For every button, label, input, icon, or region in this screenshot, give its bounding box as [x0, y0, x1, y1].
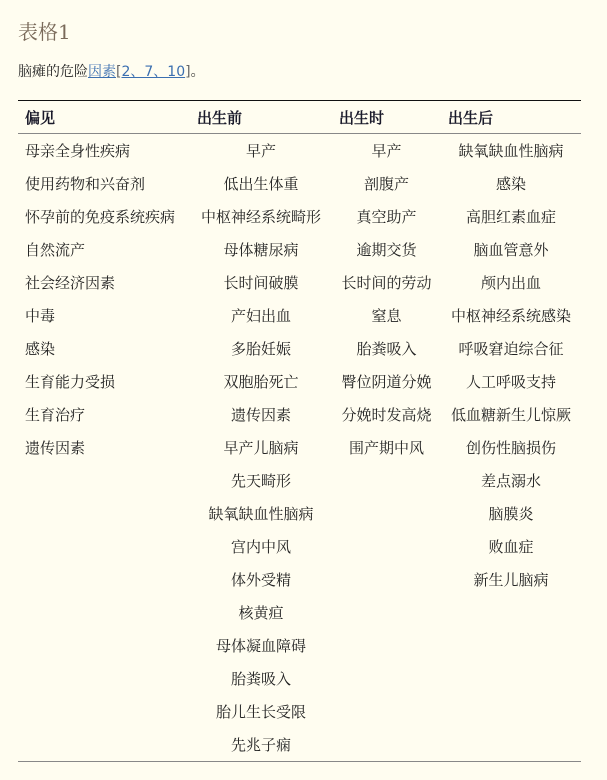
postnatal-cell: 低血糖新生儿惊厥: [441, 398, 581, 431]
bias-cell: 母亲全身性疾病: [18, 134, 190, 168]
perinatal-cell: 早产: [332, 134, 441, 168]
postnatal-cell: [441, 629, 581, 662]
bias-cell: [18, 464, 190, 497]
perinatal-cell: [332, 464, 441, 497]
table-body: 母亲全身性疾病早产早产缺氧缺血性脑病使用药物和兴奋剂低出生体重剖腹产感染怀孕前的…: [18, 134, 581, 762]
bias-cell: 感染: [18, 332, 190, 365]
table-row: 使用药物和兴奋剂低出生体重剖腹产感染: [18, 167, 581, 200]
prenatal-cell: 母体糖尿病: [190, 233, 332, 266]
postnatal-cell: 高胆红素血症: [441, 200, 581, 233]
perinatal-cell: [332, 695, 441, 728]
bias-cell: 自然流产: [18, 233, 190, 266]
prenatal-cell: 产妇出血: [190, 299, 332, 332]
perinatal-cell: [332, 563, 441, 596]
perinatal-cell: 臀位阴道分娩: [332, 365, 441, 398]
perinatal-cell: 胎粪吸入: [332, 332, 441, 365]
perinatal-cell: 分娩时发高烧: [332, 398, 441, 431]
postnatal-cell: [441, 662, 581, 695]
table-row: 胎粪吸入: [18, 662, 581, 695]
header-postnatal: 出生后: [441, 101, 581, 134]
table-row: 社会经济因素长时间破膜长时间的劳动颅内出血: [18, 266, 581, 299]
table-row: 自然流产母体糖尿病逾期交货脑血管意外: [18, 233, 581, 266]
prenatal-cell: 长时间破膜: [190, 266, 332, 299]
table-row: 母亲全身性疾病早产早产缺氧缺血性脑病: [18, 134, 581, 168]
table-row: 先天畸形差点溺水: [18, 464, 581, 497]
perinatal-cell: [332, 629, 441, 662]
perinatal-cell: [332, 530, 441, 563]
prenatal-cell: 遗传因素: [190, 398, 332, 431]
header-perinatal: 出生时: [332, 101, 441, 134]
table-row: 中毒产妇出血窒息中枢神经系统感染: [18, 299, 581, 332]
postnatal-cell: 人工呼吸支持: [441, 365, 581, 398]
bias-cell: 遗传因素: [18, 431, 190, 464]
postnatal-cell: 感染: [441, 167, 581, 200]
prenatal-cell: 胎儿生长受限: [190, 695, 332, 728]
table-row: 先兆子痫: [18, 728, 581, 762]
bias-cell: [18, 497, 190, 530]
table-caption: 脑瘫的危险因素[2、7、10]。: [18, 62, 205, 82]
postnatal-cell: 脑血管意外: [441, 233, 581, 266]
table-row: 体外受精新生儿脑病: [18, 563, 581, 596]
postnatal-cell: [441, 695, 581, 728]
bias-cell: 生育治疗: [18, 398, 190, 431]
prenatal-cell: 多胎妊娠: [190, 332, 332, 365]
perinatal-cell: [332, 497, 441, 530]
bias-cell: [18, 596, 190, 629]
perinatal-cell: 剖腹产: [332, 167, 441, 200]
table-header-row: 偏见 出生前 出生时 出生后: [18, 101, 581, 134]
caption-prefix: 脑瘫的危险: [18, 64, 88, 80]
perinatal-cell: [332, 728, 441, 762]
perinatal-cell: [332, 596, 441, 629]
bias-cell: [18, 695, 190, 728]
prenatal-cell: 核黄疸: [190, 596, 332, 629]
table-row: 母体凝血障碍: [18, 629, 581, 662]
postnatal-cell: 颅内出血: [441, 266, 581, 299]
prenatal-cell: 早产儿脑病: [190, 431, 332, 464]
table-row: 感染多胎妊娠胎粪吸入呼吸窘迫综合征: [18, 332, 581, 365]
bias-cell: 使用药物和兴奋剂: [18, 167, 190, 200]
prenatal-cell: 宫内中风: [190, 530, 332, 563]
prenatal-cell: 早产: [190, 134, 332, 168]
postnatal-cell: 创伤性脑损伤: [441, 431, 581, 464]
bias-cell: [18, 563, 190, 596]
factors-link[interactable]: 因素: [88, 64, 116, 80]
postnatal-cell: 缺氧缺血性脑病: [441, 134, 581, 168]
prenatal-cell: 体外受精: [190, 563, 332, 596]
header-bias: 偏见: [18, 101, 190, 134]
perinatal-cell: [332, 662, 441, 695]
table-title: 表格1: [18, 19, 71, 45]
risk-factors-table: 偏见 出生前 出生时 出生后 母亲全身性疾病早产早产缺氧缺血性脑病使用药物和兴奋…: [18, 100, 581, 762]
postnatal-cell: 差点溺水: [441, 464, 581, 497]
prenatal-cell: 缺氧缺血性脑病: [190, 497, 332, 530]
bias-cell: [18, 530, 190, 563]
bias-cell: [18, 662, 190, 695]
bias-cell: 中毒: [18, 299, 190, 332]
postnatal-cell: 新生儿脑病: [441, 563, 581, 596]
prenatal-cell: 母体凝血障碍: [190, 629, 332, 662]
perinatal-cell: 逾期交货: [332, 233, 441, 266]
bias-cell: 社会经济因素: [18, 266, 190, 299]
bias-cell: 生育能力受损: [18, 365, 190, 398]
prenatal-cell: 低出生体重: [190, 167, 332, 200]
table-row: 缺氧缺血性脑病脑膜炎: [18, 497, 581, 530]
table-row: 生育能力受损双胞胎死亡臀位阴道分娩人工呼吸支持: [18, 365, 581, 398]
table-row: 遗传因素早产儿脑病围产期中风创伤性脑损伤: [18, 431, 581, 464]
caption-suffix: 。: [191, 64, 205, 80]
perinatal-cell: 围产期中风: [332, 431, 441, 464]
bias-cell: [18, 728, 190, 762]
prenatal-cell: 中枢神经系统畸形: [190, 200, 332, 233]
table-row: 核黄疸: [18, 596, 581, 629]
prenatal-cell: 胎粪吸入: [190, 662, 332, 695]
header-prenatal: 出生前: [190, 101, 332, 134]
postnatal-cell: [441, 596, 581, 629]
postnatal-cell: 中枢神经系统感染: [441, 299, 581, 332]
postnatal-cell: 脑膜炎: [441, 497, 581, 530]
perinatal-cell: 真空助产: [332, 200, 441, 233]
bias-cell: [18, 629, 190, 662]
table-row: 生育治疗遗传因素分娩时发高烧低血糖新生儿惊厥: [18, 398, 581, 431]
table-row: 怀孕前的免疫系统疾病中枢神经系统畸形真空助产高胆红素血症: [18, 200, 581, 233]
prenatal-cell: 先天畸形: [190, 464, 332, 497]
risk-factors-table-container: 偏见 出生前 出生时 出生后 母亲全身性疾病早产早产缺氧缺血性脑病使用药物和兴奋…: [18, 100, 581, 762]
table-row: 胎儿生长受限: [18, 695, 581, 728]
postnatal-cell: 败血症: [441, 530, 581, 563]
table-row: 宫内中风败血症: [18, 530, 581, 563]
postnatal-cell: [441, 728, 581, 762]
postnatal-cell: 呼吸窘迫综合征: [441, 332, 581, 365]
bias-cell: 怀孕前的免疫系统疾病: [18, 200, 190, 233]
references-link[interactable]: 2、7、10: [121, 64, 185, 80]
prenatal-cell: 先兆子痫: [190, 728, 332, 762]
perinatal-cell: 窒息: [332, 299, 441, 332]
perinatal-cell: 长时间的劳动: [332, 266, 441, 299]
prenatal-cell: 双胞胎死亡: [190, 365, 332, 398]
